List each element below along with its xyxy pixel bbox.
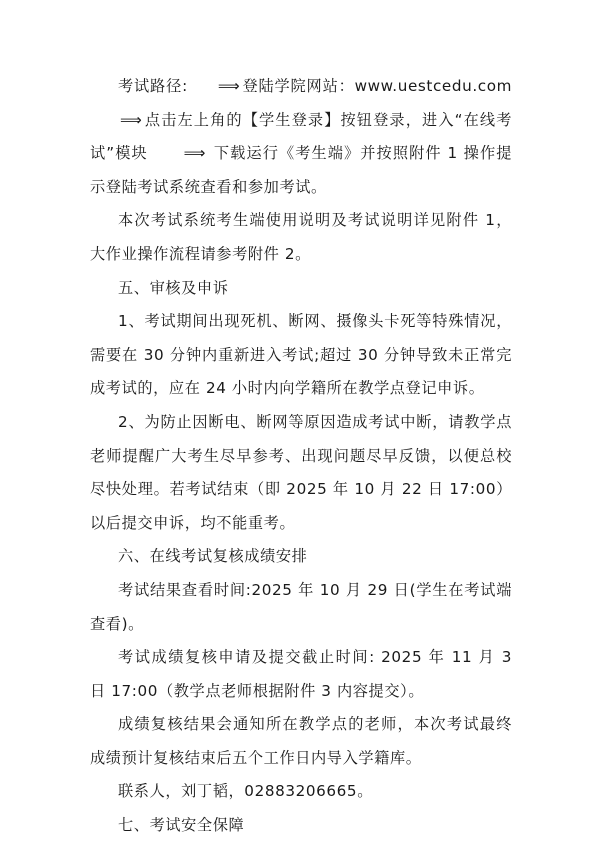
exam-path-paragraph: 考试路径:⟹登陆学院网站：www.uestcedu.com ⟹点击左上角的【学生… <box>90 70 512 204</box>
appeal-rule-2-paragraph: 2、为防止因断电、断网等原因造成考试中断，请教学点老师提醒广大考生尽早参考、出现… <box>90 406 512 540</box>
arrow-right-icon: ⟹ <box>156 137 206 171</box>
review-deadline-paragraph: 考试成绩复核申请及提交截止时间: 2025 年 11 月 3 日 17:00（教… <box>90 641 512 708</box>
section-heading-review-appeal: 五、审核及申诉 <box>90 272 512 306</box>
contact-paragraph: 联系人，刘丁韬，02883206665。 <box>90 775 512 809</box>
section-heading-score-review: 六、在线考试复核成绩安排 <box>90 540 512 574</box>
website-text: 登陆学院网站：www.uestcedu.com <box>242 77 512 95</box>
section-heading-exam-security: 七、考试安全保障 <box>90 809 512 843</box>
arrow-right-icon: ⟹ <box>190 70 240 104</box>
result-view-time-paragraph: 考试结果查看时间:2025 年 10 月 29 日(学生在考试端查看)。 <box>90 574 512 641</box>
attachment-note-paragraph: 本次考试系统考生端使用说明及考试说明详见附件 1，大作业操作流程请参考附件 2。 <box>90 204 512 271</box>
exam-path-label: 考试路径: <box>118 77 188 95</box>
appeal-rule-1-paragraph: 1、考试期间出现死机、断网、摄像头卡死等特殊情况，需要在 30 分钟内重新进入考… <box>90 305 512 406</box>
arrow-right-icon: ⟹ <box>92 104 142 138</box>
review-result-paragraph: 成绩复核结果会通知所在教学点的老师，本次考试最终成绩预计复核结束后五个工作日内导… <box>90 708 512 775</box>
document-page: 考试路径:⟹登陆学院网站：www.uestcedu.com ⟹点击左上角的【学生… <box>90 70 512 843</box>
